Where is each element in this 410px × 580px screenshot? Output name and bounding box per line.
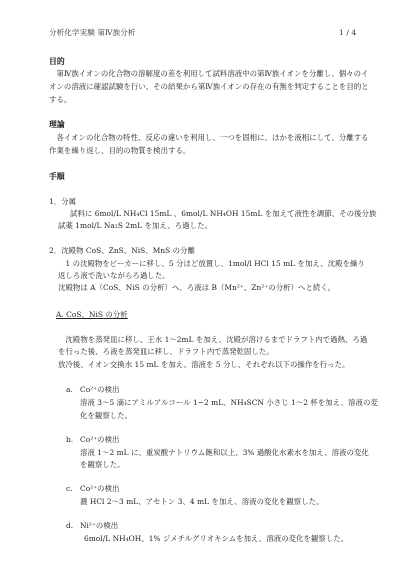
theory-line-1: 各イオンの化合物の特性、反応の違いを利用し、一つを固相に、ほかを液相にして、分離… — [49, 133, 369, 143]
purpose-line-2: オンの溶液に確認試験を行い、その結果から第Ⅳ族イオンの存在の有無を判定することを… — [49, 82, 369, 92]
document-page: 分析化学実験 第Ⅳ族分析 1 / 4 目的 第Ⅳ族イオンの化合物の溶解度の差を利… — [0, 0, 410, 580]
item-b-line-2: を観察した。 — [80, 460, 125, 470]
document-title: 分析化学実験 第Ⅳ族分析 — [49, 28, 136, 38]
procedure-heading: 手順 — [49, 172, 65, 182]
item-b-label: b. — [66, 435, 73, 445]
item-d-label: d. — [66, 521, 73, 531]
page-number: 1 / 4 — [339, 28, 356, 38]
step2-title: 2．沈殿物 CoS、ZnS、NiS、MnS の分離 — [49, 246, 195, 256]
item-d-line-1: 6mol/L NH₄OH、1% ジメチルグリオキシムを加え、溶液の変化を観察した… — [84, 534, 348, 544]
item-c-line-1: 濃 HCl 2～3 mL、アセトン 3、4 mL を加え、溶液の変化を観察した。 — [80, 497, 324, 507]
section-a-line-2: を行った後、ろ液を蒸発皿に移し、ドラフト内で蒸発乾固した。 — [58, 347, 274, 357]
purpose-heading: 目的 — [49, 57, 65, 67]
purpose-line-3: する。 — [49, 95, 71, 105]
theory-heading: 理論 — [49, 120, 65, 130]
item-a-line-2: 化を観察した。 — [80, 411, 132, 421]
item-c-label: c. — [66, 484, 73, 494]
step1-line-1: 試料に 6mol/L NH₄Cl 15mL 、6mol/L NH₄OH 15mL… — [70, 209, 376, 219]
item-a-label: a. — [66, 385, 73, 395]
item-d-title: Ni²⁺の検出 — [80, 521, 118, 531]
step2-line-3: 沈殿物は A（CoS、NiS の分析）へ、ろ液は B（Mn²⁺、Zn²⁺の分析）… — [58, 283, 335, 293]
purpose-line-1: 第Ⅳ族イオンの化合物の溶解度の差を利用して試料溶液中の第Ⅳ族イオンを分離し、個々… — [49, 69, 369, 79]
step2-line-2: 返しろ液で洗いながらろ過した。 — [58, 271, 170, 281]
step1-title: 1．分属 — [49, 197, 76, 207]
item-b-title: Co²⁺の検出 — [80, 435, 120, 445]
section-a-line-1: 沈殿物を蒸発皿に移し、王水 1～2mL を加え、沈殿が溶けるまでドラフト内で過熱… — [58, 335, 367, 345]
section-a-title: A. CoS、NiS の分析 — [56, 310, 128, 320]
item-a-title: Co²⁺の検出 — [80, 385, 120, 395]
item-b-line-1: 溶液 1～2 mL に、重炭酸ナトリウム飽和以上、3% 過酸化水素水を加え、溶液… — [80, 448, 369, 458]
item-c-title: Co²⁺の検出 — [80, 484, 120, 494]
item-a-line-1: 溶液 3～5 滴にアミルアルコール 1~2 mL、NH₄SCN 小さじ 1～2 … — [80, 398, 378, 408]
theory-line-2: 作業を繰り返し、目的の物質を検出する。 — [49, 146, 190, 156]
section-a-line-3: 放冷後、イオン交換水 15 mL を加え、溶液を 5 分し、それぞれ以下の操作を… — [58, 360, 349, 370]
step2-line-1: 1 の沈殿物をビーカーに移し、5 分ほど放置し、1mol/l HCl 15 mL… — [58, 259, 365, 269]
step1-line-2: 試薬 1mol/L Na₂S 2mL を加え、ろ過した。 — [58, 221, 212, 231]
